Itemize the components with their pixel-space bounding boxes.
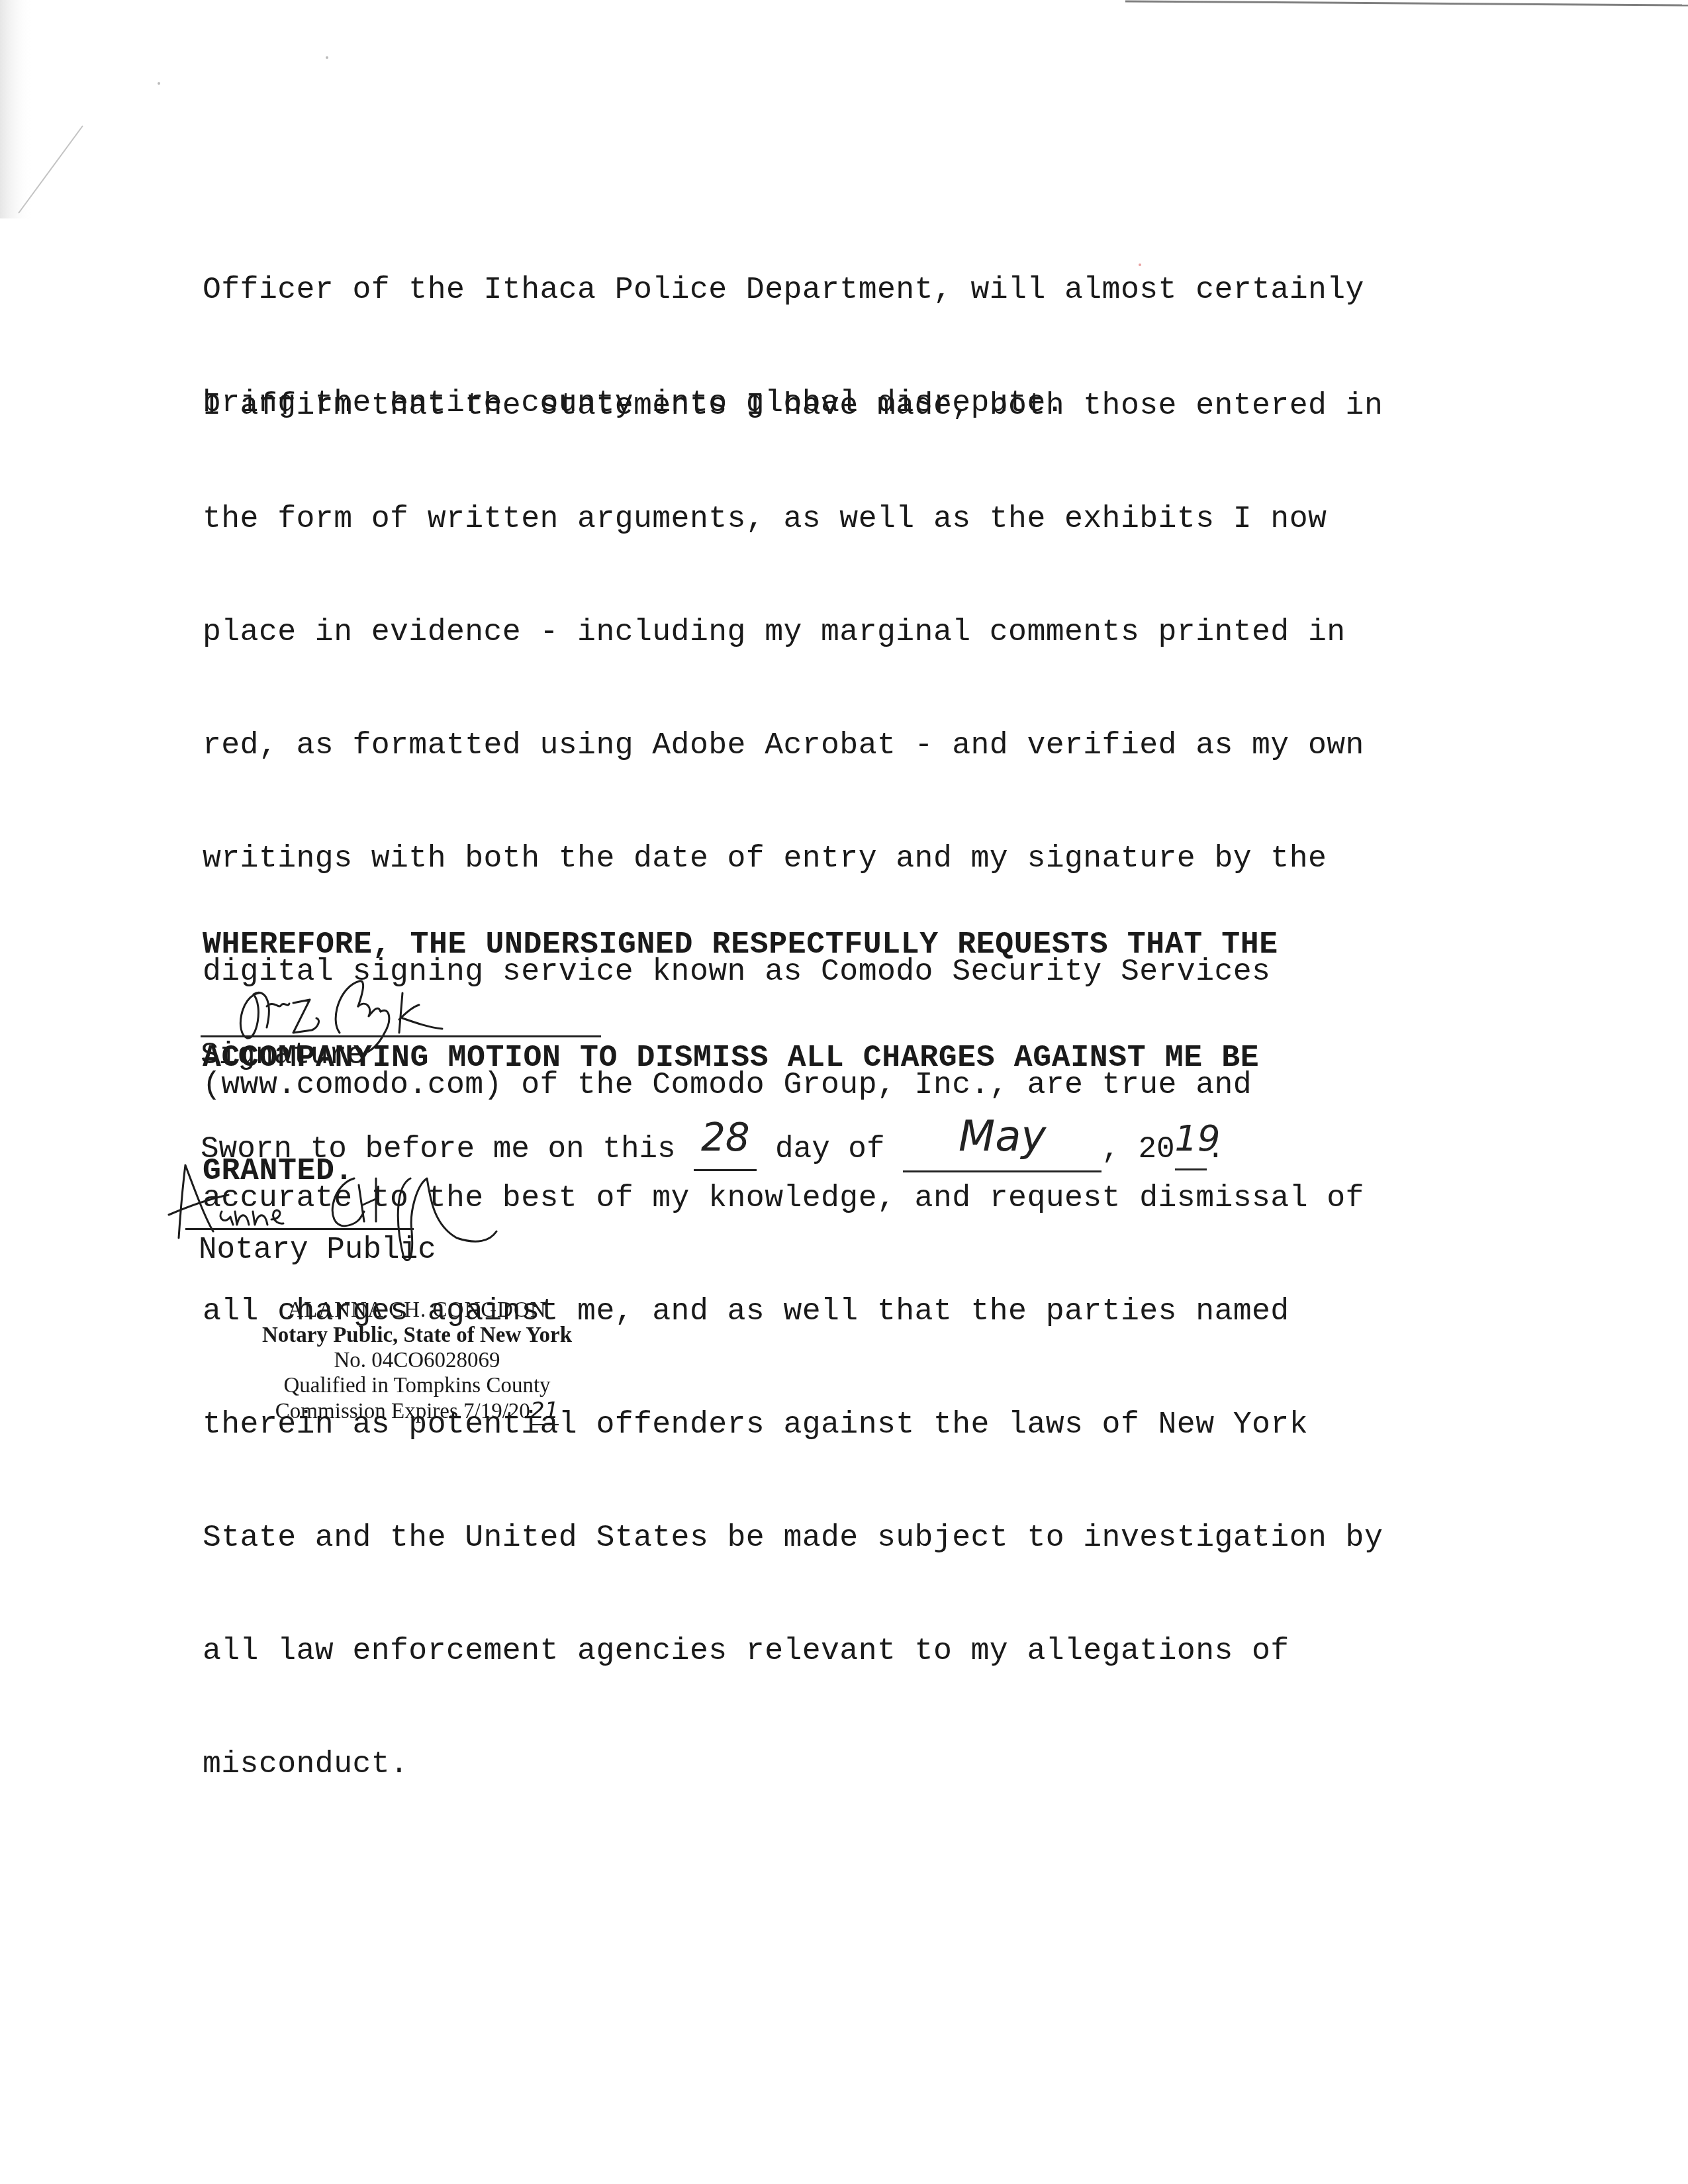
month-value: May xyxy=(959,1112,1046,1161)
stamp-name: ALANNA CH. CONGDON xyxy=(218,1298,616,1323)
scan-speck xyxy=(326,56,328,59)
year-value: 19 xyxy=(1175,1117,1221,1159)
notary-block: Notary Public xyxy=(165,1159,761,1278)
day-value: 28 xyxy=(701,1115,750,1160)
notary-stamp: ALANNA CH. CONGDON Notary Public, State … xyxy=(218,1298,616,1424)
text-line: red, as formatted using Adobe Acrobat - … xyxy=(203,726,1383,764)
notary-label: Notary Public xyxy=(199,1233,436,1267)
text-line: WHEREFORE, THE UNDERSIGNED RESPECTFULLY … xyxy=(203,926,1278,963)
scan-speck xyxy=(158,82,160,85)
stamp-number: No. 04CO6028069 xyxy=(218,1348,616,1373)
signature-line xyxy=(201,1035,601,1037)
scan-edge-artifact xyxy=(1125,0,1688,7)
text-line: place in evidence - including my margina… xyxy=(203,613,1383,651)
stamp-title: Notary Public, State of New York xyxy=(218,1323,616,1348)
stamp-expires-suffix: 21 xyxy=(530,1398,559,1425)
signature-block: Signature xyxy=(201,980,624,1072)
sworn-middle: day of xyxy=(757,1132,903,1166)
text-line: I affirm that the statements I have made… xyxy=(203,387,1383,424)
scan-speck xyxy=(1259,1535,1262,1537)
text-line: the form of written arguments, as well a… xyxy=(203,500,1383,538)
scan-speck xyxy=(1139,263,1141,266)
month-field: May xyxy=(903,1119,1102,1172)
text-line: misconduct. xyxy=(203,1745,1383,1783)
year-prefix: , 20 xyxy=(1102,1132,1174,1166)
document-page: Officer of the Ithaca Police Department,… xyxy=(0,0,1688,2184)
stamp-expires-prefix: Commission Expires 7/19/20 xyxy=(275,1400,530,1423)
text-line: all law enforcement agencies relevant to… xyxy=(203,1632,1383,1670)
signature-label: Signature xyxy=(201,1038,365,1072)
stamp-county: Qualified in Tompkins County xyxy=(218,1373,616,1398)
year-field: 19 xyxy=(1175,1124,1207,1170)
text-line: Officer of the Ithaca Police Department,… xyxy=(203,271,1364,309)
notary-signature-line xyxy=(185,1228,414,1230)
scan-fold-artifact xyxy=(0,0,86,218)
stamp-expiration: Commission Expires 7/19/2021 xyxy=(218,1398,616,1424)
text-line: State and the United States be made subj… xyxy=(203,1519,1383,1556)
